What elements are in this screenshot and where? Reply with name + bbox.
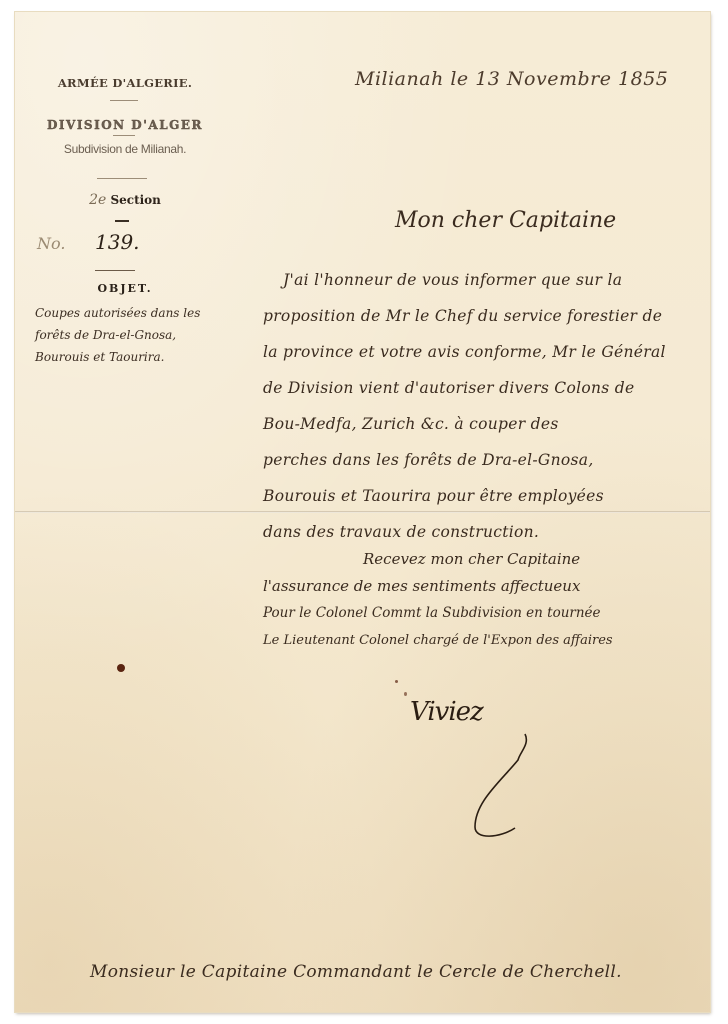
date-line: Milianah le 13 Novembre 1855 <box>355 68 668 90</box>
letterhead-subdivision: Subdivision de Milianah. <box>15 142 235 156</box>
objet-label: OBJET. <box>15 282 235 295</box>
ink-stain <box>117 664 125 672</box>
number-label: No. <box>37 234 65 253</box>
letterhead-army: ARMÉE D'ALGERIE. <box>15 76 235 90</box>
divider <box>97 178 147 179</box>
letter-body: J'ai l'honneur de vous informer que sur … <box>263 262 708 550</box>
letter-paper: ARMÉE D'ALGERIE. DIVISION D'ALGER Subdiv… <box>15 12 710 1012</box>
number-value: 139. <box>95 230 140 254</box>
objet-line: Bourouis et Taourira. <box>35 346 255 368</box>
divider <box>113 135 135 136</box>
section-number: 2e <box>89 192 106 208</box>
ink-stain <box>404 692 407 696</box>
divider <box>115 220 129 222</box>
objet-line: Coupes autorisées dans les <box>35 302 255 324</box>
closing-line: Recevez mon cher Capitaine <box>263 546 708 573</box>
letterhead-division: DIVISION D'ALGER <box>15 118 235 132</box>
divider <box>95 270 135 271</box>
objet-text: Coupes autorisées dans les forêts de Dra… <box>35 302 255 368</box>
salutation: Mon cher Capitaine <box>395 208 616 233</box>
closing: Recevez mon cher Capitaine l'assurance d… <box>263 546 708 654</box>
body-line: Bou-Medfa, Zurich &c. à couper des <box>263 406 708 442</box>
body-line: proposition de Mr le Chef du service for… <box>263 298 708 334</box>
body-line: Bourouis et Taourira pour être employées <box>263 478 708 514</box>
divider <box>110 100 138 101</box>
body-line: perches dans les forêts de Dra-el-Gnosa, <box>263 442 708 478</box>
section-label: Section <box>110 193 160 207</box>
addressee: Monsieur le Capitaine Commandant le Cerc… <box>90 962 622 982</box>
closing-line: Le Lieutenant Colonel chargé de l'Expon … <box>263 627 708 654</box>
letterhead-section: 2e Section <box>15 192 235 208</box>
body-line: la province et votre avis conforme, Mr l… <box>263 334 708 370</box>
body-line: de Division vient d'autoriser divers Col… <box>263 370 708 406</box>
body-line: dans des travaux de construction. <box>263 514 708 550</box>
body-line: J'ai l'honneur de vous informer que sur … <box>263 262 708 298</box>
closing-line: l'assurance de mes sentiments affectueux <box>263 573 708 600</box>
objet-line: forêts de Dra-el-Gnosa, <box>35 324 255 346</box>
ink-stain <box>395 680 398 683</box>
closing-line: Pour le Colonel Commt la Subdivision en … <box>263 600 708 627</box>
signature: Viviez <box>410 697 483 727</box>
signature-flourish-icon <box>470 732 550 842</box>
